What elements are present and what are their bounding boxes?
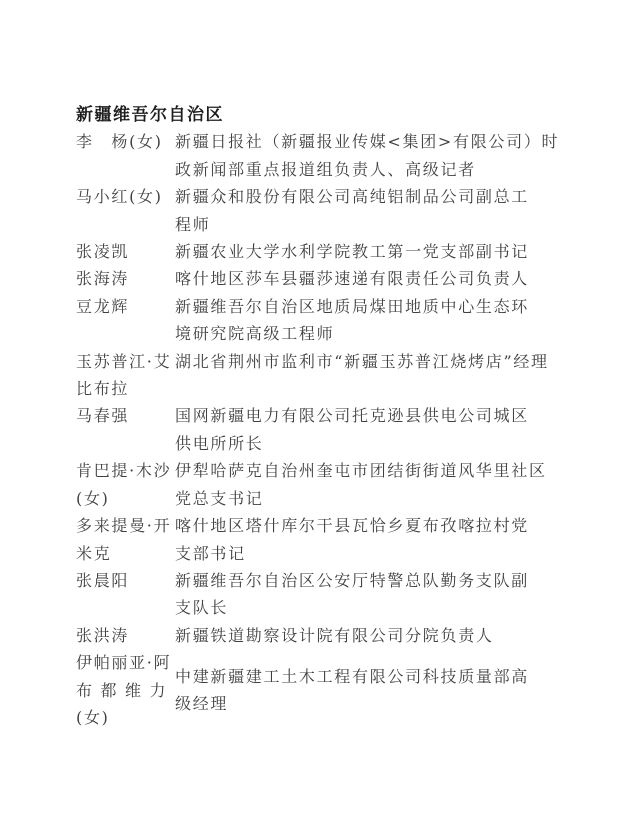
person-name: 马小红(女) xyxy=(76,183,175,210)
person-title: 国网新疆电力有限公司托克逊县供电公司城区 供电所所长 xyxy=(175,402,567,457)
person-title: 新疆日报社（新疆报业传媒<集团>有限公司）时 政新闻部重点报道组负责人、高级记者 xyxy=(175,128,567,183)
list-item: 豆龙辉 新疆维吾尔自治区地质局煤田地质中心生态环 境研究院高级工程师 xyxy=(76,293,568,348)
person-name: 豆龙辉 xyxy=(76,293,175,320)
person-name: 多来提曼·开 米克 xyxy=(76,512,175,567)
region-heading: 新疆维吾尔自治区 xyxy=(76,101,568,128)
person-name: 马春强 xyxy=(76,402,175,429)
person-name: 张晨阳 xyxy=(76,567,175,594)
person-title: 喀什地区塔什库尔干县瓦恰乡夏布孜喀拉村党 支部书记 xyxy=(175,512,567,567)
list-item: 张海涛 喀什地区莎车县疆莎速递有限责任公司负责人 xyxy=(76,265,568,292)
person-title: 湖北省荆州市监利市“新疆玉苏普江烧烤店”经理 xyxy=(175,348,567,375)
person-name: 张洪涛 xyxy=(76,622,175,649)
person-name: 玉苏普江·艾 比布拉 xyxy=(76,348,175,403)
list-item: 玉苏普江·艾 比布拉 湖北省荆州市监利市“新疆玉苏普江烧烤店”经理 xyxy=(76,348,568,403)
list-item: 马小红(女) 新疆众和股份有限公司高纯铝制品公司副总工 程师 xyxy=(76,183,568,238)
person-name: 张凌凯 xyxy=(76,238,175,265)
list-item: 张凌凯 新疆农业大学水利学院教工第一党支部副书记 xyxy=(76,238,568,265)
person-name: 张海涛 xyxy=(76,265,175,292)
person-title: 新疆维吾尔自治区地质局煤田地质中心生态环 境研究院高级工程师 xyxy=(175,293,567,348)
person-title: 新疆农业大学水利学院教工第一党支部副书记 xyxy=(175,238,567,265)
list-item: 肯巴提·木沙 (女) 伊犁哈萨克自治州奎屯市团结街街道风华里社区 党总支书记 xyxy=(76,457,568,512)
list-item: 张洪涛 新疆铁道勘察设计院有限公司分院负责人 xyxy=(76,622,568,649)
person-title: 喀什地区莎车县疆莎速递有限责任公司负责人 xyxy=(175,265,567,292)
recipient-list: 李 杨(女) 新疆日报社（新疆报业传媒<集团>有限公司）时 政新闻部重点报道组负… xyxy=(76,128,568,731)
list-item: 张晨阳 新疆维吾尔自治区公安厅特警总队勤务支队副 支队长 xyxy=(76,567,568,622)
person-title: 中建新疆建工土木工程有限公司科技质量部高 级经理 xyxy=(175,663,567,718)
person-name: 伊帕丽亚·阿 布 都 维 力 (女) xyxy=(76,649,175,731)
person-title: 新疆维吾尔自治区公安厅特警总队勤务支队副 支队长 xyxy=(175,567,567,622)
person-title: 伊犁哈萨克自治州奎屯市团结街街道风华里社区 党总支书记 xyxy=(175,457,567,512)
person-title: 新疆铁道勘察设计院有限公司分院负责人 xyxy=(175,622,567,649)
list-item: 李 杨(女) 新疆日报社（新疆报业传媒<集团>有限公司）时 政新闻部重点报道组负… xyxy=(76,128,568,183)
person-name: 李 杨(女) xyxy=(76,128,175,155)
document-page: 新疆维吾尔自治区 李 杨(女) 新疆日报社（新疆报业传媒<集团>有限公司）时 政… xyxy=(0,0,640,828)
person-name: 肯巴提·木沙 (女) xyxy=(76,457,175,512)
list-item: 伊帕丽亚·阿 布 都 维 力 (女) 中建新疆建工土木工程有限公司科技质量部高 … xyxy=(76,649,568,731)
list-item: 多来提曼·开 米克 喀什地区塔什库尔干县瓦恰乡夏布孜喀拉村党 支部书记 xyxy=(76,512,568,567)
person-title: 新疆众和股份有限公司高纯铝制品公司副总工 程师 xyxy=(175,183,567,238)
list-item: 马春强 国网新疆电力有限公司托克逊县供电公司城区 供电所所长 xyxy=(76,402,568,457)
